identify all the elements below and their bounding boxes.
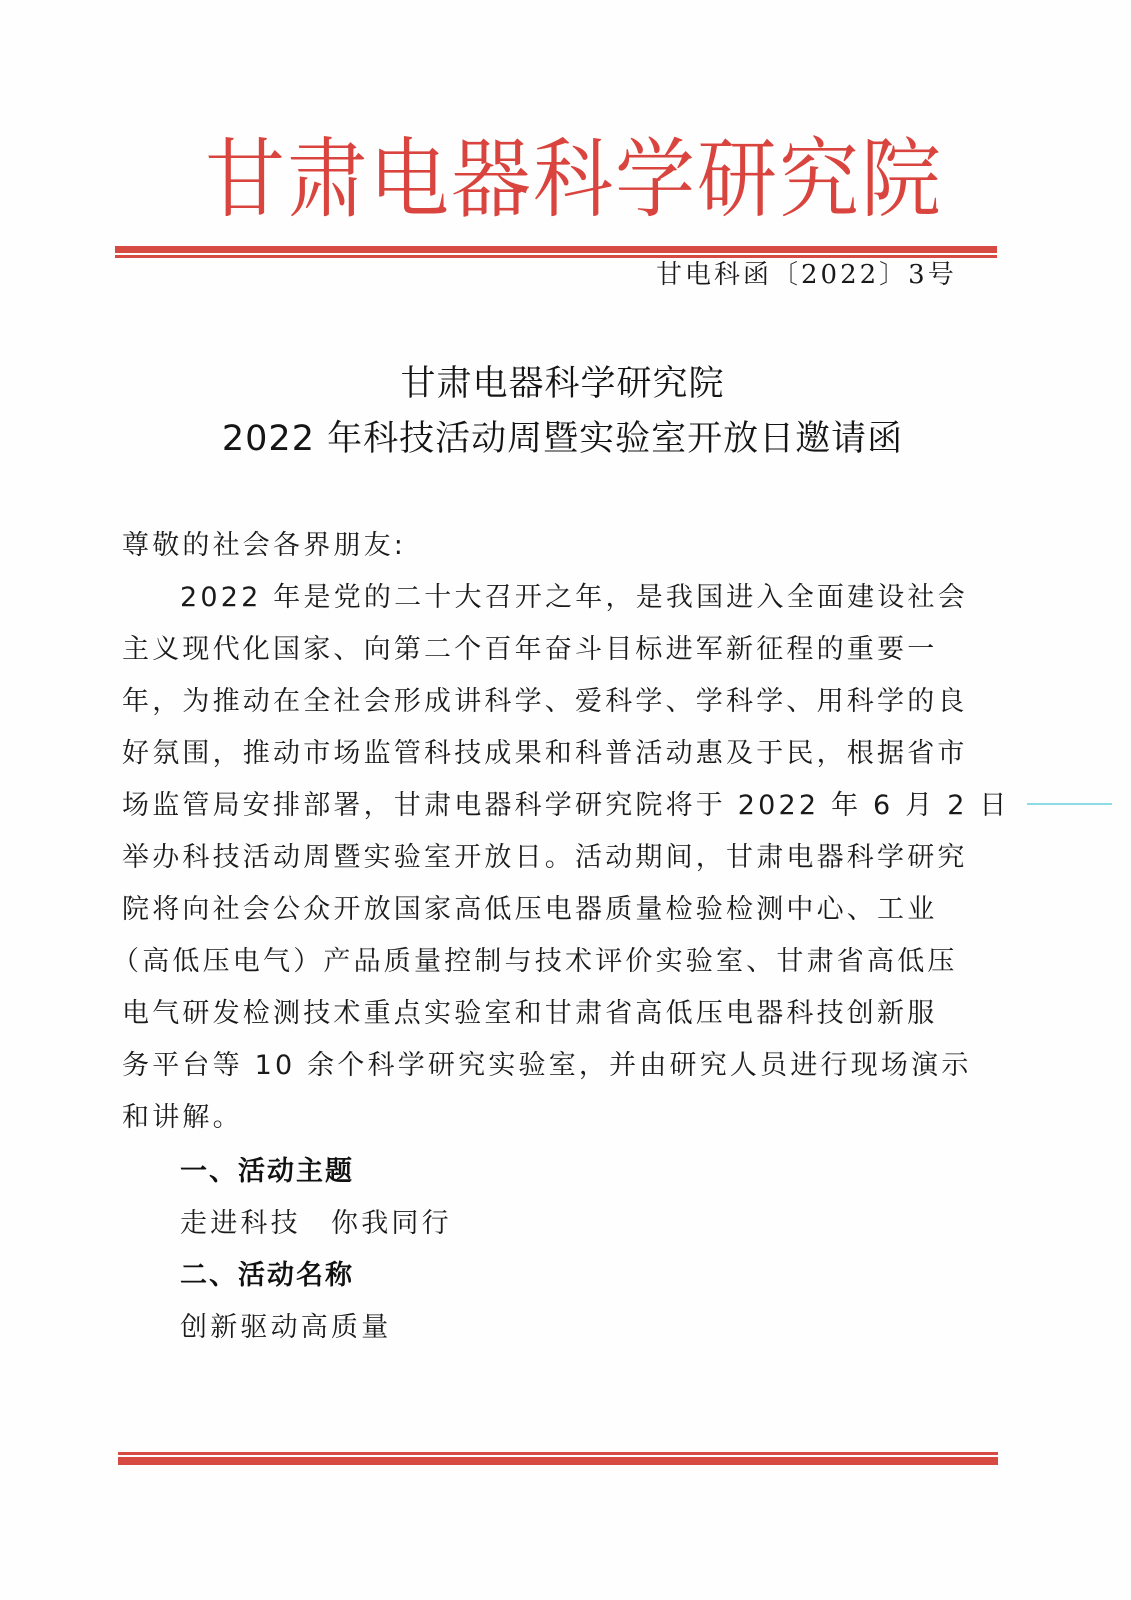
body-line: 院将向社会公众开放国家高低压电器质量检验检测中心、工业 [122,892,937,928]
body-line: 和讲解。 [122,1100,243,1136]
document-page: 甘肃电器科学研究院 甘电科函〔2022〕3号 甘肃电器科学研究院 2022 年科… [0,0,1131,1600]
body-line: 年，为推动在全社会形成讲科学、爱科学、学科学、用科学的良 [122,684,968,720]
section-content-name: 创新驱动高质量 [180,1310,391,1346]
body-line: 务平台等 10 余个科学研究实验室，并由研究人员进行现场演示 [122,1048,972,1084]
scan-artifact-line [1027,803,1112,805]
section-heading-name: 二、活动名称 [180,1258,354,1294]
body-line: 主义现代化国家、向第二个百年奋斗目标进军新征程的重要一 [122,632,937,668]
body-line: 好氛围，推动市场监管科技成果和科普活动惠及于民，根据省市 [122,736,968,772]
body-line: 场监管局安排部署，甘肃电器科学研究院将于 2022 年 6 月 2 日 [122,788,1010,824]
body-line: 2022 年是党的二十大召开之年，是我国进入全面建设社会 [180,580,968,616]
section-content-theme: 走进科技 你我同行 [180,1206,452,1242]
body-line: 举办科技活动周暨实验室开放日。活动期间，甘肃电器科学研究 [122,840,968,876]
body-line: 电气研发检测技术重点实验室和甘肃省高低压电器科技创新服 [122,996,937,1032]
footer-rule-thin [118,1452,998,1455]
document-number: 甘电科函〔2022〕3号 [656,258,957,292]
footer-rule-thick [118,1457,998,1465]
document-title-line-1: 甘肃电器科学研究院 [0,360,1128,408]
document-title-line-2: 2022 年科技活动周暨实验室开放日邀请函 [0,415,1128,463]
section-heading-theme: 一、活动主题 [180,1154,354,1190]
header-rule-thick [115,246,997,253]
masthead-org-name: 甘肃电器科学研究院 [205,128,925,232]
salutation: 尊敬的社会各界朋友: [122,528,406,564]
body-line: （高低压电气）产品质量控制与技术评价实验室、甘肃省高低压 [112,944,958,980]
